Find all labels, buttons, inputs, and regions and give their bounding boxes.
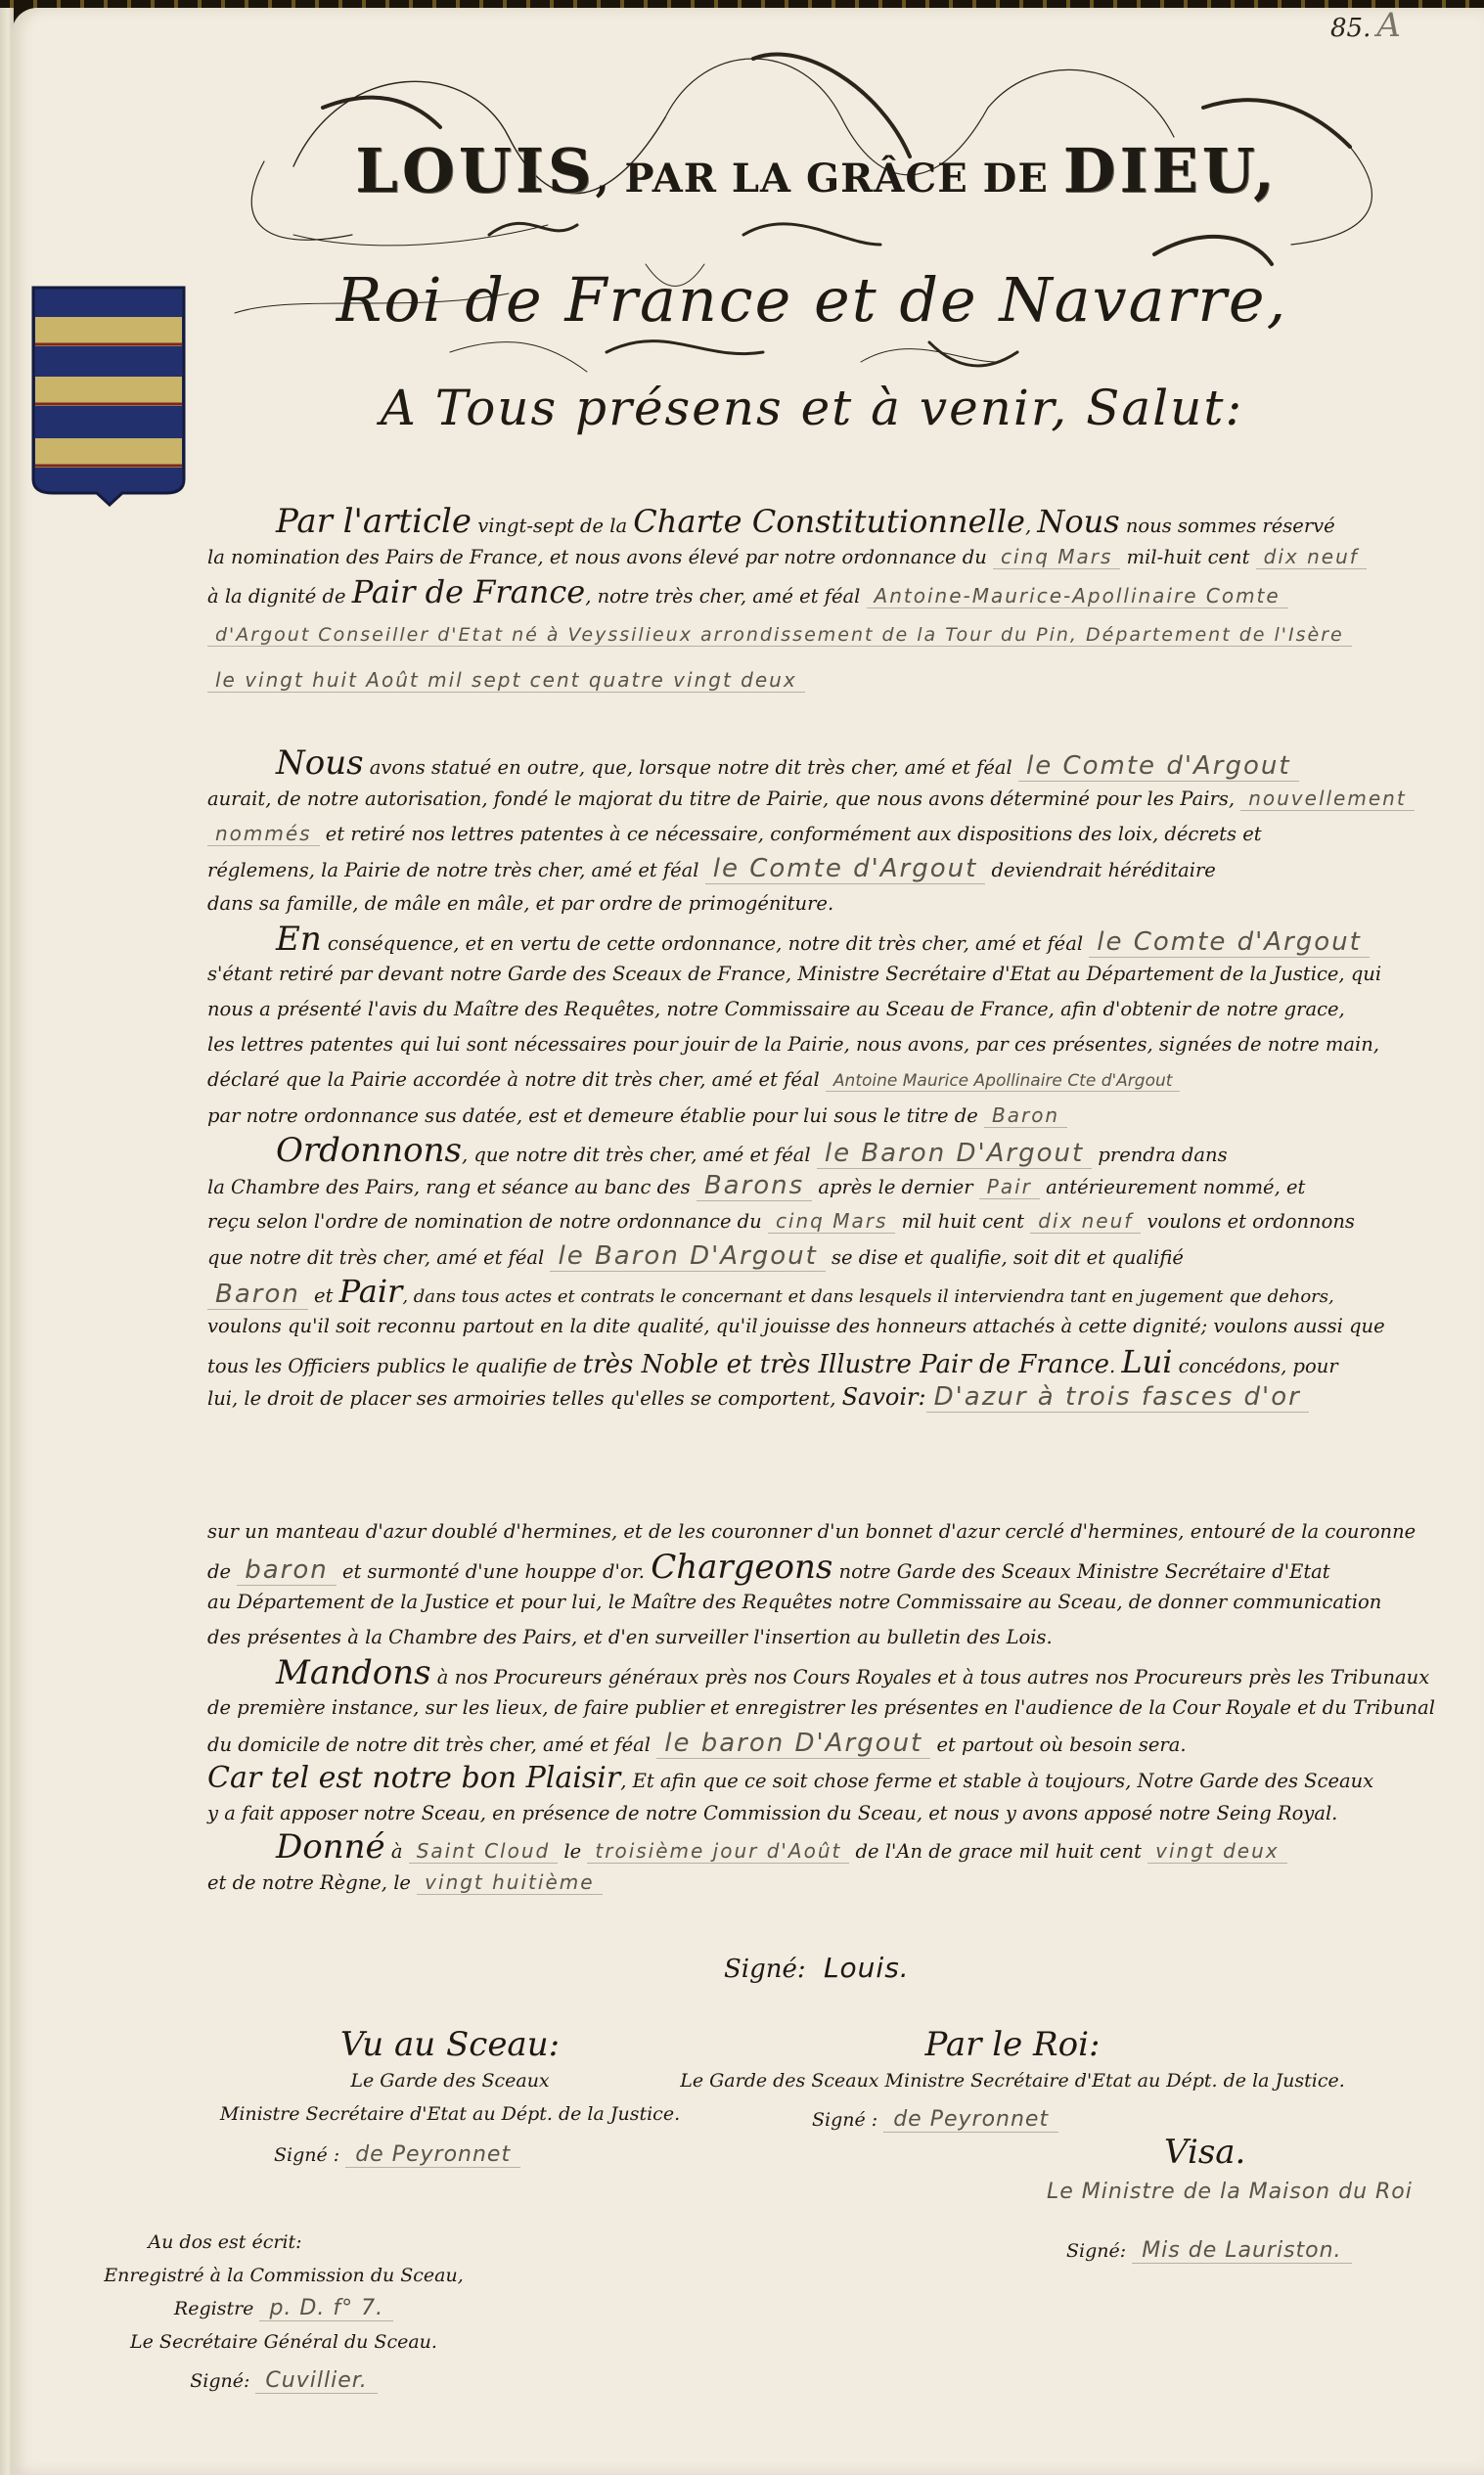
text: à la dignité de: [207, 585, 352, 607]
handwritten-date: cinq Mars: [768, 1209, 895, 1234]
signe-label: Signé:: [1066, 2240, 1132, 2262]
text-line: s'étant retiré par devant notre Garde de…: [207, 957, 1416, 992]
lead-word: En: [276, 920, 322, 959]
handwritten-year: dix neuf: [1030, 1209, 1141, 1234]
text: après le dernier: [812, 1176, 979, 1198]
enregistre-line: Enregistré à la Commission du Sceau,: [59, 2259, 509, 2292]
text: réglemens, la Pairie de notre très cher,…: [207, 859, 705, 881]
handwritten-title: Baron: [207, 1280, 308, 1310]
text: notre Garde des Sceaux Ministre Secrétai…: [832, 1560, 1329, 1583]
registre-reference: p. D. f° 7.: [259, 2296, 393, 2321]
text: mil-huit cent: [1120, 546, 1255, 568]
text: antérieurement nommé, et: [1040, 1176, 1306, 1198]
lead-word: Par l'article: [276, 502, 472, 541]
bon-plaisir-emphasis: Car tel est notre bon Plaisir: [207, 1761, 620, 1795]
text-line: d'Argout Conseiller d'Etat né à Veyssili…: [207, 617, 1416, 652]
text-line: déclaré que la Pairie accordée à notre d…: [207, 1062, 1416, 1098]
text: et partout où besoin sera.: [930, 1733, 1186, 1756]
text: les lettres patentes qui lui sont nécess…: [207, 1033, 1379, 1056]
registration-block: Au dos est écrit: Enregistré à la Commis…: [59, 2226, 509, 2398]
text: et de notre Règne, le: [207, 1871, 417, 1894]
text-line: tous les Officiers publics le qualifie d…: [207, 1344, 1416, 1379]
text: , dans tous actes et contrats le concern…: [402, 1286, 1333, 1307]
signe-line: Signé : de Peyronnet: [196, 2138, 704, 2172]
pair-de-france: Pair de France: [352, 573, 586, 610]
text: et: [308, 1284, 339, 1307]
handwritten-name: le Comte d'Argout: [1089, 927, 1370, 958]
paragraph-ordonnons: Ordonnons, que notre dit très cher, amé …: [207, 1133, 1416, 1415]
handwritten-name: le Comte d'Argout: [705, 854, 986, 884]
text: s'étant retiré par devant notre Garde de…: [207, 963, 1381, 985]
garde-des-sceaux-title: Le Garde des Sceaux: [196, 2064, 704, 2097]
registre-label: Registre: [174, 2298, 260, 2319]
heading-line-2: Roi de France et de Navarre,: [249, 264, 1374, 336]
savoir-emphasis: Savoir:: [842, 1383, 926, 1411]
signe-label: Signé:: [190, 2370, 255, 2392]
text: aurait, de notre autorisation, fondé le …: [207, 787, 1240, 810]
par-le-roi-heading: Par le Roi:: [675, 2025, 1350, 2064]
handwritten-title: Baron: [984, 1103, 1067, 1128]
paragraph-charte: Par l'article vingt-sept de la Charte Co…: [207, 504, 1416, 697]
ministre-maison-du-roi: Le Ministre de la Maison du Roi: [1037, 2180, 1422, 2204]
text: concédons, pour: [1172, 1355, 1337, 1377]
text-line: réglemens, la Pairie de notre très cher,…: [207, 851, 1416, 886]
handwritten-name: le Baron D'Argout: [817, 1139, 1092, 1169]
text: se dise et qualifie, soit dit et qualifi…: [826, 1246, 1184, 1269]
text-line: et de notre Règne, le vingt huitième: [207, 1865, 1416, 1900]
paragraph-mandons: Mandons à nos Procureurs généraux près n…: [207, 1655, 1416, 1831]
handwritten-regnal-year: vingt huitième: [417, 1870, 602, 1895]
text: de: [207, 1560, 237, 1583]
text: à: [385, 1840, 409, 1863]
text: .: [1109, 1355, 1121, 1377]
signature-par-le-roi: Par le Roi: Le Garde des Sceaux Ministre…: [675, 2025, 1350, 2137]
signe-label: Signé :: [274, 2144, 345, 2166]
paragraph-manteau: sur un manteau d'azur doublé d'hermines,…: [207, 1514, 1416, 1655]
lead-word: Ordonnons: [276, 1131, 462, 1170]
signature-name: de Peyronnet: [345, 2142, 520, 2168]
text: conséquence, et en vertu de cette ordonn…: [322, 932, 1090, 955]
text-line: sur un manteau d'azur doublé d'hermines,…: [207, 1514, 1416, 1550]
text-line: Ordonnons, que notre dit très cher, amé …: [207, 1133, 1416, 1168]
text-line: des présentes à la Chambre des Pairs, et…: [207, 1620, 1416, 1655]
text-line: nommés et retiré nos lettres patentes à …: [207, 816, 1416, 851]
text-line: y a fait apposer notre Sceau, en présenc…: [207, 1796, 1416, 1831]
garde-des-sceaux-title: Le Garde des Sceaux Ministre Secrétaire …: [675, 2064, 1350, 2097]
pair-emphasis: Pair: [339, 1273, 403, 1310]
text-line: nous a présenté l'avis du Maître des Req…: [207, 992, 1416, 1027]
handwritten-year: vingt deux: [1147, 1839, 1286, 1864]
signature-name: Cuvillier.: [255, 2368, 377, 2394]
handwritten-name: Antoine-Maurice-Apollinaire Comte: [867, 584, 1288, 608]
text-line: aurait, de notre autorisation, fondé le …: [207, 781, 1416, 816]
paragraph-donne: Donné à Saint Cloud le troisième jour d'…: [207, 1829, 1416, 1900]
handwritten-place: Saint Cloud: [409, 1839, 559, 1864]
text: avons statué en outre, que, lorsque notr…: [364, 756, 1018, 779]
text: et retiré nos lettres patentes à ce néce…: [320, 823, 1262, 845]
text-line: En conséquence, et en vertu de cette ord…: [207, 922, 1416, 957]
text: de première instance, sur les lieux, de …: [207, 1696, 1435, 1719]
registre-line: Registre p. D. f° 7.: [59, 2292, 509, 2325]
text: reçu selon l'ordre de nomination de notr…: [207, 1210, 768, 1233]
text: prendra dans: [1092, 1144, 1227, 1166]
text: lui, le droit de placer ses armoiries te…: [207, 1387, 842, 1410]
signature-king: Signé: Louis.: [724, 1952, 920, 1986]
text-line: lui, le droit de placer ses armoiries te…: [207, 1379, 1416, 1415]
text: que notre dit très cher, amé et féal: [207, 1246, 550, 1269]
visa-heading: Visa.: [1037, 2133, 1467, 2172]
text-line: Nous avons statué en outre, que, lorsque…: [207, 745, 1416, 781]
text: , que notre dit très cher, amé et féal: [462, 1144, 817, 1166]
text: sur un manteau d'azur doublé d'hermines,…: [207, 1520, 1416, 1543]
heading-line-3: A Tous présens et à venir, Salut:: [249, 380, 1374, 436]
handwritten-word: Barons: [697, 1171, 812, 1201]
handwritten-word: nouvellement: [1240, 787, 1414, 811]
text-line: le vingt huit Août mil sept cent quatre …: [207, 662, 1416, 697]
text: de l'An de grace mil huit cent: [849, 1840, 1147, 1863]
heading-line-1: LOUIS, PAR LA GRÂCE DE DIEU,: [254, 135, 1379, 206]
heading-par-la-grace: , PAR LA GRÂCE DE: [596, 156, 1063, 202]
ministre-title: Ministre Secrétaire d'Etat au Dépt. de l…: [196, 2097, 704, 2131]
text-line: de baron et surmonté d'une houppe d'or. …: [207, 1550, 1416, 1585]
text: y a fait apposer notre Sceau, en présenc…: [207, 1802, 1337, 1824]
signe-label: Signé:: [724, 1955, 814, 1984]
text-line: reçu selon l'ordre de nomination de notr…: [207, 1203, 1416, 1238]
handwritten-name: le baron D'Argout: [656, 1729, 930, 1759]
signature-visa: Visa. Le Ministre de la Maison du Roi Si…: [1037, 2133, 1467, 2268]
tres-noble-emphasis: très Noble et très Illustre Pair de Fran…: [583, 1350, 1109, 1379]
text: deviendrait héréditaire: [985, 859, 1216, 881]
text: , notre très cher, amé et féal: [585, 585, 866, 607]
heading-dieu: DIEU,: [1063, 135, 1279, 206]
text: au Département de la Justice et pour lui…: [207, 1591, 1381, 1613]
handwritten-name: Antoine Maurice Apollinaire Cte d'Argout: [826, 1071, 1180, 1092]
text: voulons et ordonnons: [1141, 1210, 1355, 1233]
handwritten-name: le Comte d'Argout: [1018, 751, 1299, 782]
text: tous les Officiers publics le qualifie d…: [207, 1355, 583, 1377]
lui-emphasis: Lui: [1121, 1343, 1172, 1380]
handwritten-word: Pair: [979, 1175, 1040, 1199]
text-line: Car tel est notre bon Plaisir, Et afin q…: [207, 1761, 1416, 1796]
handwritten-date: cinq Mars: [993, 545, 1120, 569]
signe-line: Signé: Cuvillier.: [59, 2364, 509, 2398]
text-line: Par l'article vingt-sept de la Charte Co…: [207, 504, 1416, 539]
text-line: Mandons à nos Procureurs généraux près n…: [207, 1655, 1416, 1690]
nous-emphasis: Nous: [1037, 503, 1119, 540]
text: vingt-sept de la: [472, 515, 633, 537]
text-line: du domicile de notre dit très cher, amé …: [207, 1726, 1416, 1761]
signature-vu-au-sceau: Vu au Sceau: Le Garde des Sceaux Ministr…: [196, 2025, 704, 2172]
handwritten-date: troisième jour d'Août: [587, 1839, 849, 1864]
lead-word: Mandons: [276, 1653, 431, 1692]
handwritten-word: baron: [237, 1555, 337, 1586]
text: des présentes à la Chambre des Pairs, et…: [207, 1626, 1053, 1648]
vu-au-sceau-heading: Vu au Sceau:: [196, 2025, 704, 2064]
text: du domicile de notre dit très cher, amé …: [207, 1733, 656, 1756]
charte-constitutionnelle: Charte Constitutionnelle: [633, 503, 1025, 540]
secretaire-general-title: Le Secrétaire Général du Sceau.: [59, 2325, 509, 2359]
text: voulons qu'il soit reconnu partout en la…: [207, 1315, 1385, 1337]
lead-word: Donné: [276, 1827, 385, 1867]
text-line: les lettres patentes qui lui sont nécess…: [207, 1027, 1416, 1062]
handwritten-name-birthplace: d'Argout Conseiller d'Etat né à Veyssili…: [207, 624, 1352, 647]
text: le: [558, 1840, 587, 1863]
signe-line: Signé : de Peyronnet: [675, 2103, 1350, 2137]
pencil-mark: A: [1376, 6, 1401, 45]
text-line: Baron et Pair, dans tous actes et contra…: [207, 1274, 1416, 1309]
text-line: que notre dit très cher, amé et féal le …: [207, 1238, 1416, 1274]
lead-word: Nous: [276, 743, 364, 783]
text: , Et afin que ce soit chose ferme et sta…: [620, 1770, 1373, 1792]
heading-louis: LOUIS: [355, 135, 595, 206]
paragraph-consequence: En conséquence, et en vertu de cette ord…: [207, 922, 1416, 1133]
text: la nomination des Pairs de France, et no…: [207, 546, 993, 568]
text-line: à la dignité de Pair de France, notre tr…: [207, 574, 1416, 609]
text-line: dans sa famille, de mâle en mâle, et par…: [207, 886, 1416, 922]
signe-line: Signé: Mis de Lauriston.: [1037, 2234, 1467, 2268]
signe-label: Signé :: [812, 2109, 883, 2131]
text: déclaré que la Pairie accordée à notre d…: [207, 1068, 826, 1091]
chargeons-emphasis: Chargeons: [651, 1548, 832, 1587]
text: à nos Procureurs généraux près nos Cours…: [431, 1666, 1430, 1688]
text-line: voulons qu'il soit reconnu partout en la…: [207, 1309, 1416, 1344]
text: nous a présenté l'avis du Maître des Req…: [207, 998, 1345, 1020]
folio-number-text: 85.: [1330, 14, 1371, 43]
folio-number: 85.A: [1330, 6, 1401, 45]
handwritten-year: dix neuf: [1256, 545, 1367, 569]
text-line: de première instance, sur les lieux, de …: [207, 1690, 1416, 1726]
handwritten-birthdate: le vingt huit Août mil sept cent quatre …: [207, 668, 805, 693]
handwritten-name: le Baron D'Argout: [550, 1241, 825, 1272]
handwritten-word: nommés: [207, 822, 320, 846]
signature-name: Louis.: [814, 1952, 920, 1984]
signature-name: Mis de Lauriston.: [1132, 2238, 1351, 2264]
text: dans sa famille, de mâle en mâle, et par…: [207, 892, 833, 915]
text: ,: [1025, 515, 1037, 537]
au-dos-heading: Au dos est écrit:: [59, 2226, 509, 2259]
signature-name: de Peyronnet: [883, 2107, 1058, 2133]
text-line: la Chambre des Pairs, rang et séance au …: [207, 1168, 1416, 1203]
text: la Chambre des Pairs, rang et séance au …: [207, 1176, 697, 1198]
coat-of-arms-shield-icon: [29, 284, 191, 507]
paragraph-majorat: Nous avons statué en outre, que, lorsque…: [207, 745, 1416, 922]
text: nous sommes réservé: [1120, 515, 1335, 537]
text: et surmonté d'une houppe d'or.: [337, 1560, 651, 1583]
text-line: par notre ordonnance sus datée, est et d…: [207, 1098, 1416, 1133]
text-line: au Département de la Justice et pour lui…: [207, 1585, 1416, 1620]
text: par notre ordonnance sus datée, est et d…: [207, 1104, 984, 1127]
text-line: la nomination des Pairs de France, et no…: [207, 539, 1416, 574]
text-line: Donné à Saint Cloud le troisième jour d'…: [207, 1829, 1416, 1865]
text: mil huit cent: [895, 1210, 1030, 1233]
handwritten-blazon: D'azur à trois fasces d'or: [926, 1382, 1309, 1413]
